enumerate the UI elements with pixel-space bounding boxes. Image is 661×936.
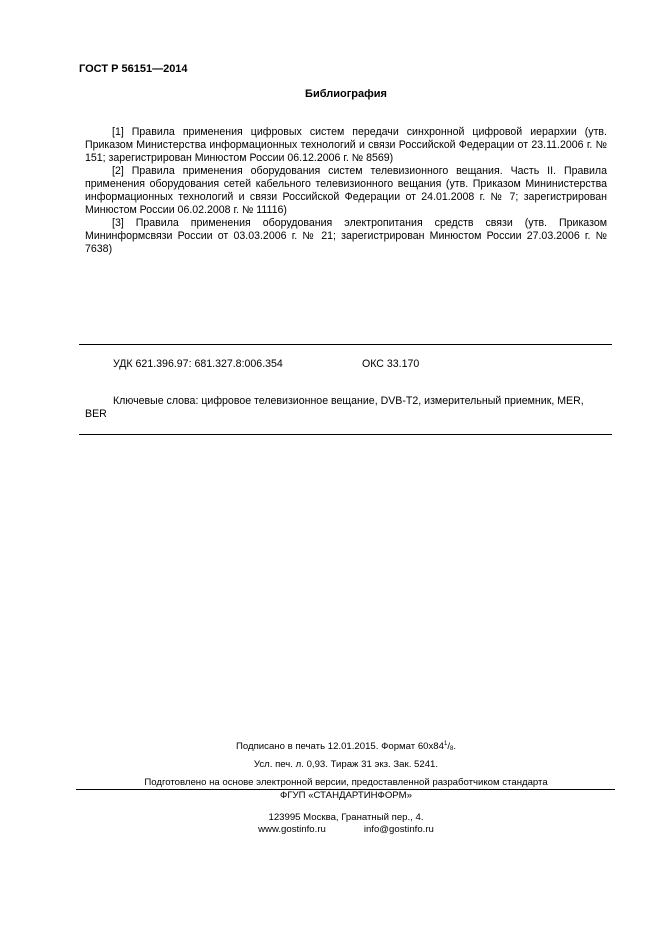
print-info: Усл. печ. л. 0,93. Тираж 31 экз. Зак. 52… [0,759,661,770]
bottom-divider [79,434,612,435]
email-link[interactable]: info@gostinfo.ru [364,824,434,835]
signed-text: Подписано в печать 12.01.2015. Формат 60… [236,741,444,752]
oks-code: ОКС 33.170 [362,358,419,370]
signed-line: Подписано в печать 12.01.2015. Формат 60… [0,741,661,752]
keywords-block: Ключевые слова: цифровое телевизионное в… [85,395,585,421]
classification-row: УДК 621.396.97: 681.327.8:006.354 ОКС 33… [113,358,283,370]
format-numerator: 1 [444,741,447,747]
website-link[interactable]: www.gostinfo.ru [258,824,326,835]
bibliography-list: [1] Правила применения цифровых систем п… [85,126,607,256]
bibliography-entry-1: [1] Правила применения цифровых систем п… [85,126,607,165]
keywords-text: Ключевые слова: цифровое телевизионное в… [85,395,585,421]
document-code: ГОСТ Р 56151—2014 [79,63,188,75]
bibliography-entry-2: [2] Правила применения оборудования сист… [85,165,607,217]
prepared-note: Подготовлено на основе электронной верси… [0,777,661,788]
section-title: Библиография [0,88,661,100]
udk-code: УДК 621.396.97: 681.327.8:006.354 [113,358,283,370]
signed-suffix: . [453,741,456,752]
top-divider [79,344,612,345]
publisher-address: 123995 Москва, Гранатный пер., 4. [0,812,661,823]
contacts-row: www.gostinfo.ruinfo@gostinfo.ru [0,824,661,835]
publisher-name: ФГУП «СТАНДАРТИНФОРМ» [0,790,661,801]
bibliography-entry-3: [3] Правила применения оборудования элек… [85,217,607,256]
